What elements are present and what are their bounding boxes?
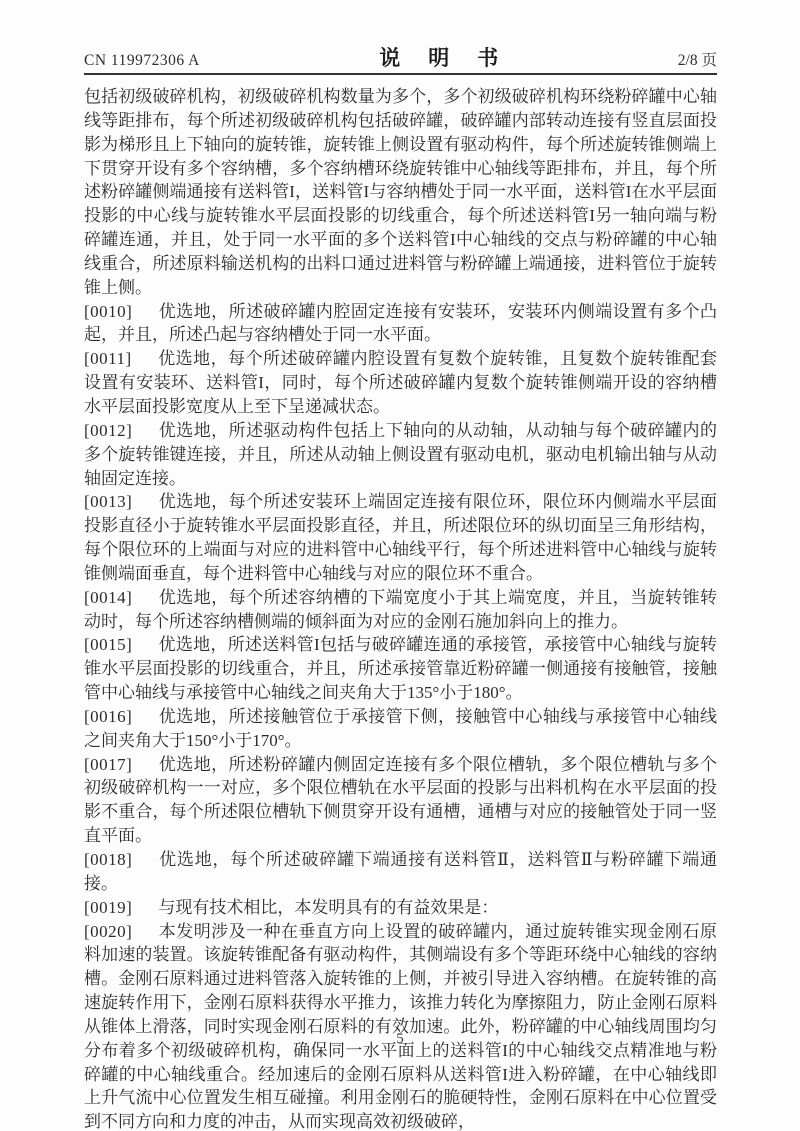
paragraph: [0020]本发明涉及一种在垂直方向上设置的破碎罐内，通过旋转锥实现金刚石原料加…: [84, 920, 717, 1131]
paragraph: [0014]优选地，每个所述容纳槽的下端宽度小于其上端宽度，并且，当旋转锥转动时…: [84, 586, 717, 634]
page-footer: 5: [0, 1031, 800, 1048]
paragraph: [0016]优选地，所述接触管位于承接管下侧，接触管中心轴线与承接管中心轴线之间…: [84, 705, 717, 753]
paragraph: [0013]优选地，每个所述安装环上端固定连接有限位环，限位环内侧端水平层面投影…: [84, 490, 717, 585]
paragraph-text: 优选地，每个所述破碎罐内腔设置有复数个旋转锥，且复数个旋转锥配套设置有安装环、送…: [84, 349, 717, 416]
paragraph-number: [0013]: [84, 490, 132, 514]
document-title: 说明书: [379, 42, 526, 72]
patent-specification-page: CN 119972306 A 说明书 2/8 页 包括初级破碎机构，初级破碎机构…: [0, 0, 800, 1131]
page-header: CN 119972306 A 说明书 2/8 页: [84, 42, 717, 72]
paragraph-text: 优选地，每个所述容纳槽的下端宽度小于其上端宽度，并且，当旋转锥转动时，每个所述容…: [84, 588, 717, 631]
paragraph-text: 优选地，所述驱动构件包括上下轴向的从动轴，从动轴与每个破碎罐内的多个旋转锥键连接…: [84, 421, 717, 488]
paragraph-number: [0010]: [84, 300, 132, 324]
publication-number: CN 119972306 A: [84, 52, 200, 70]
paragraph-text: 优选地，所述破碎罐内腔固定连接有安装环，安装环内侧端设置有多个凸起，并且，所述凸…: [84, 302, 717, 345]
header-divider: [84, 73, 717, 75]
paragraph: [0019]与现有技术相比，本发明具有的有益效果是：: [84, 896, 717, 920]
paragraph-number: [0015]: [84, 633, 132, 657]
paragraph: [0011]优选地，每个所述破碎罐内腔设置有复数个旋转锥，且复数个旋转锥配套设置…: [84, 347, 717, 419]
paragraph-text: 优选地，每个所述安装环上端固定连接有限位环，限位环内侧端水平层面投影直径小于旋转…: [84, 492, 717, 583]
page-indicator: 2/8 页: [678, 48, 717, 70]
paragraph-number: [0012]: [84, 419, 132, 443]
paragraph-text: 优选地，每个所述破碎罐下端通接有送料管Ⅱ，送料管Ⅱ与粉碎罐下端通接。: [84, 850, 717, 893]
paragraph-number: [0019]: [84, 896, 132, 920]
paragraph-number: [0011]: [84, 347, 132, 371]
paragraph-text: 优选地，所述送料管I包括与破碎罐连通的承接管，承接管中心轴线与旋转锥水平层面投影…: [84, 635, 717, 702]
paragraph: [0017]优选地，所述粉碎罐内侧固定连接有多个限位槽轨，多个限位槽轨与多个初级…: [84, 753, 717, 848]
paragraph-number: [0020]: [84, 920, 132, 944]
page-number: 5: [396, 1031, 404, 1047]
paragraph-text: 本发明涉及一种在垂直方向上设置的破碎罐内，通过旋转锥实现金刚石原料加速的装置。该…: [84, 922, 717, 1131]
paragraph-number: [0016]: [84, 705, 132, 729]
paragraph: 包括初级破碎机构，初级破碎机构数量为多个，多个初级破碎机构环绕粉碎罐中心轴线等距…: [84, 85, 717, 300]
paragraph-text: 优选地，所述粉碎罐内侧固定连接有多个限位槽轨，多个限位槽轨与多个初级破碎机构一一…: [84, 755, 717, 846]
paragraph-text: 与现有技术相比，本发明具有的有益效果是：: [158, 898, 498, 917]
paragraph-text: 优选地，所述接触管位于承接管下侧，接触管中心轴线与承接管中心轴线之间夹角大于15…: [84, 707, 717, 750]
paragraph: [0018]优选地，每个所述破碎罐下端通接有送料管Ⅱ，送料管Ⅱ与粉碎罐下端通接。: [84, 848, 717, 896]
specification-body: 包括初级破碎机构，初级破碎机构数量为多个，多个初级破碎机构环绕粉碎罐中心轴线等距…: [84, 85, 717, 1131]
paragraph-text: 包括初级破碎机构，初级破碎机构数量为多个，多个初级破碎机构环绕粉碎罐中心轴线等距…: [84, 87, 717, 297]
paragraph-number: [0018]: [84, 848, 132, 872]
paragraph: [0015]优选地，所述送料管I包括与破碎罐连通的承接管，承接管中心轴线与旋转锥…: [84, 633, 717, 705]
paragraph: [0012]优选地，所述驱动构件包括上下轴向的从动轴，从动轴与每个破碎罐内的多个…: [84, 419, 717, 491]
paragraph-number: [0017]: [84, 753, 132, 777]
paragraph: [0010]优选地，所述破碎罐内腔固定连接有安装环，安装环内侧端设置有多个凸起，…: [84, 300, 717, 348]
paragraph-number: [0014]: [84, 586, 132, 610]
